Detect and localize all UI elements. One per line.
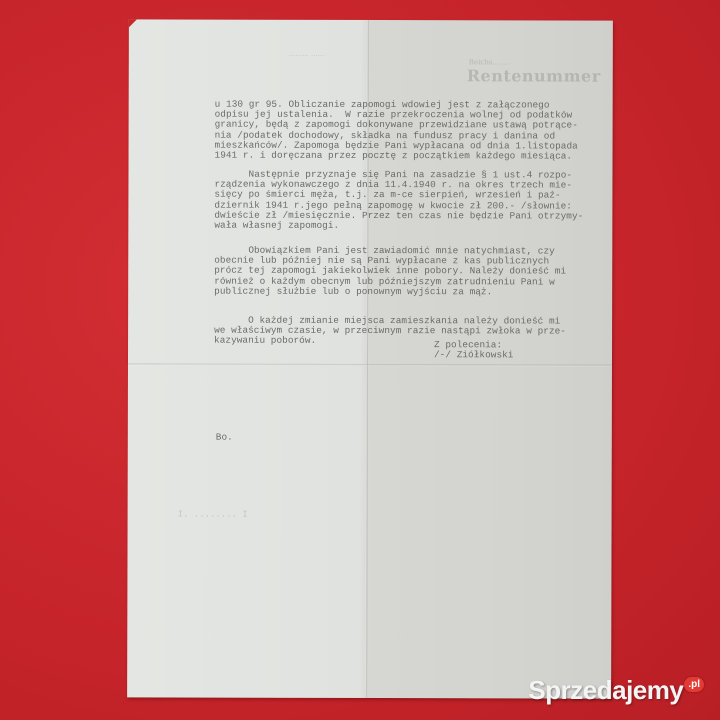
- bleed-through-left-block: ......... ......: [289, 50, 349, 59]
- watermark-brand: Sprzedajemy: [528, 675, 683, 706]
- folded-corner: [129, 19, 137, 27]
- watermark-tld-badge: .pl: [684, 677, 704, 692]
- paragraph-3: Obowiązkiem Pani jest zawiadomić mnie na…: [214, 246, 566, 298]
- signature-block: Z polecenia: /-/ Ziółkowski: [434, 340, 514, 361]
- faint-pencil-mark: I. ........ I: [178, 509, 268, 523]
- signature-line-2: /-/ Ziółkowski: [434, 349, 513, 360]
- typist-initials: Bo.: [216, 433, 233, 443]
- paragraph-2: Następnie przyznaje się Pani na zasadzie…: [214, 170, 583, 232]
- paragraph-1: u 130 gr 95. Obliczanie zapomogi wdowiej…: [215, 100, 578, 162]
- bleed-through-letterhead-title: Rentenummer: [467, 66, 601, 85]
- sprzedajemy-watermark: Sprzedajemy .pl: [528, 675, 704, 706]
- document-paper: ......... ...... Reichs........ Rentenum…: [127, 19, 613, 698]
- bleed-through-small-line: Reichs........: [469, 58, 511, 66]
- horizontal-fold-line: [128, 363, 612, 366]
